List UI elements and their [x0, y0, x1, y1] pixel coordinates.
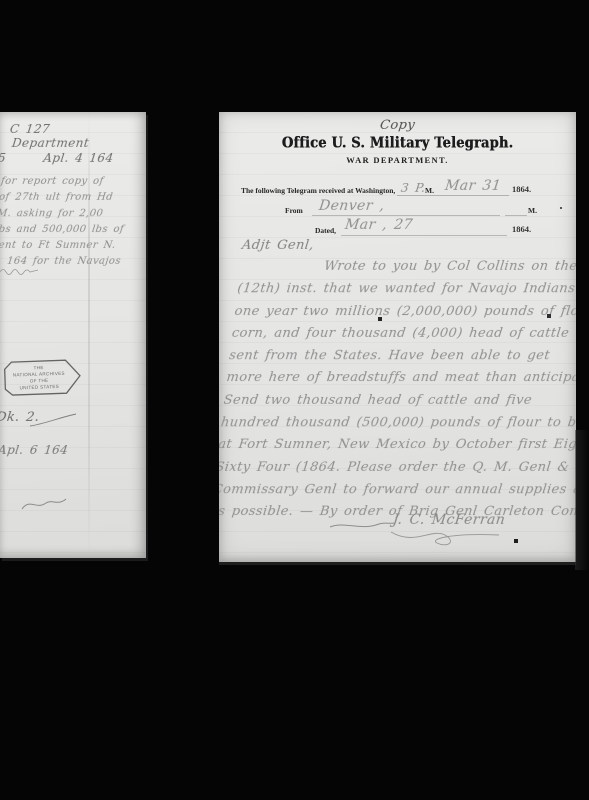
received-year: 1864.	[512, 184, 531, 194]
body-line: Commissary Genl to forward our annual su…	[219, 479, 562, 501]
body-line: at Fort Sumner, New Mexico by October fi…	[219, 434, 568, 456]
dated-year: 1864.	[512, 224, 531, 234]
body-line: corn, and four thousand (4,000) head of …	[230, 323, 576, 345]
paper-specks	[219, 112, 221, 114]
stamp-line-2: NATIONAL ARCHIVES	[13, 371, 65, 378]
office-title: Office U. S. Military Telegraph.	[219, 135, 576, 152]
docket-date: 5 Apl. 4 164	[0, 151, 114, 165]
body-line: (12th) inst. that we wanted for Navajo I…	[236, 278, 576, 300]
body-line: Sixty Four (1864. Please order the Q. M.…	[219, 457, 565, 479]
docket-summary: for report copy ofof 27th ult from HdM. …	[0, 174, 132, 270]
dated-rule	[341, 235, 507, 236]
received-line: The following Telegram received at Washi…	[219, 181, 576, 199]
stamp-line-4: UNITED STATES	[20, 384, 60, 390]
dated-label: Dated,	[315, 226, 336, 235]
received-printed-text: The following Telegram received at Washi…	[241, 186, 395, 195]
body-line: hundred thousand (500,000) pounds of flo…	[220, 412, 571, 434]
docket-summary-line: lbs and 500,000 lbs of	[0, 222, 126, 238]
from-suffix: M.	[528, 206, 537, 215]
received-time-value: 3 P.	[400, 181, 426, 195]
from-rule	[312, 215, 500, 216]
from-value: Denver ,	[318, 198, 385, 214]
stamp-line-1: THE	[34, 365, 44, 370]
body-line: one year two millions (2,000,000) pounds…	[233, 301, 576, 323]
body-line: sent from the States. Have been able to …	[228, 345, 576, 367]
left-docket-page: C 127 Department 5 Apl. 4 164 for report…	[0, 112, 146, 558]
war-department-subtitle: WAR DEPARTMENT.	[219, 155, 576, 165]
received-date-note: Apl. 6 164	[0, 443, 69, 457]
signature-flourish	[387, 526, 505, 552]
copy-annotation: Copy	[219, 118, 576, 133]
telegram-body: Wrote to you by Col Collins on the twelf…	[219, 256, 576, 524]
national-archives-stamp: THE NATIONAL ARCHIVES OF THE UNITED STAT…	[3, 359, 82, 398]
docket-department: Department	[11, 136, 90, 150]
docket-summary-line: for report copy of	[0, 174, 132, 190]
body-line: Send two thousand head of cattle and fiv…	[222, 390, 573, 412]
pencil-check-mark	[20, 496, 68, 514]
from-label: From	[285, 206, 303, 215]
body-line: Wrote to you by Col Collins on the twelf…	[239, 256, 576, 278]
docket-reference: C 127	[9, 122, 51, 136]
pencil-scribble	[0, 266, 48, 278]
from-line: From Denver , M.	[219, 198, 576, 218]
salutation: Adjt Genl,	[241, 238, 315, 253]
dated-value: Mar , 27	[344, 217, 414, 233]
dated-line: Dated, Mar , 27 1864.	[219, 218, 576, 238]
received-date-value: Mar 31	[444, 178, 502, 194]
body-line: more here of breadstuffs and meat than a…	[225, 367, 576, 389]
stamp-line-3: OF THE	[30, 378, 49, 384]
file-note-flourish	[28, 412, 78, 428]
edge-light-leak	[575, 430, 589, 570]
from-suffix-rule	[505, 215, 527, 216]
docket-summary-line: M. asking for 2,00	[0, 206, 128, 222]
telegram-page: Copy Office U. S. Military Telegraph. WA…	[219, 112, 576, 562]
received-rule	[397, 195, 509, 196]
received-meridian: M.	[425, 186, 434, 195]
docket-summary-line: sent to Ft Sumner N.	[0, 238, 124, 254]
docket-summary-line: of 27th ult from Hd	[0, 190, 130, 206]
scanned-archive-photo: C 127 Department 5 Apl. 4 164 for report…	[0, 0, 589, 800]
